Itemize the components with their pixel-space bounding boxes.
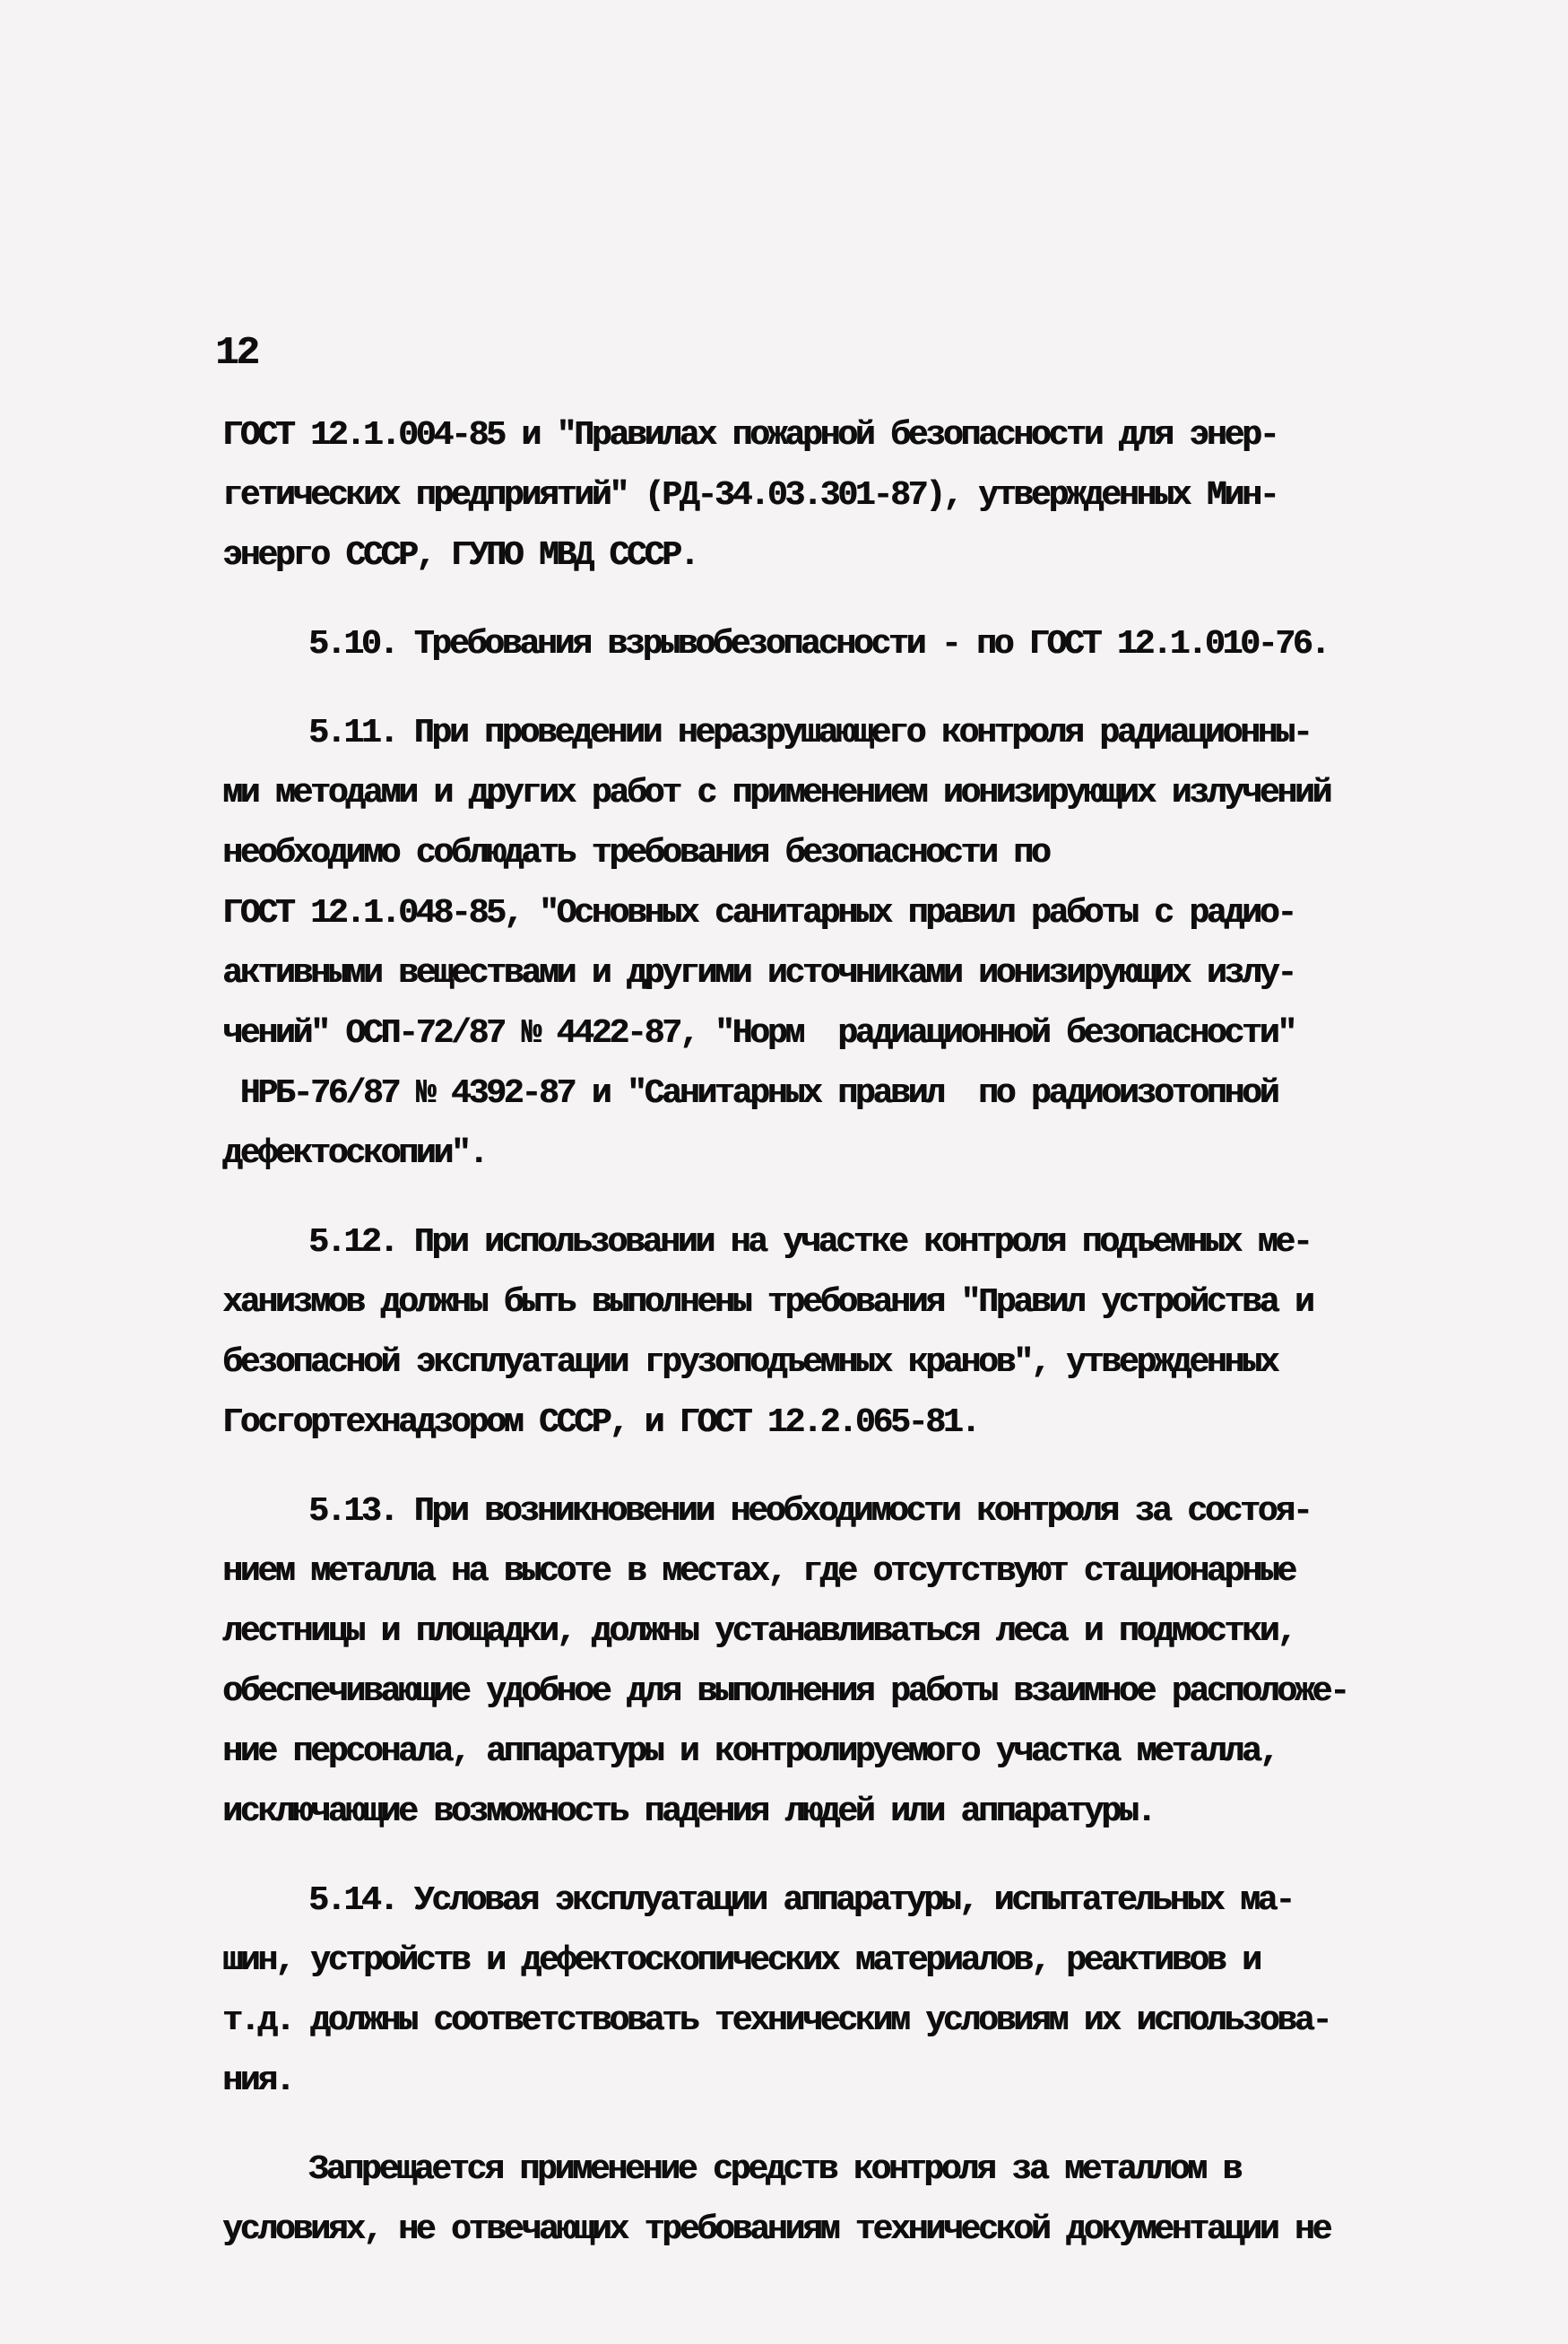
- scanned-document-page: 12 ГОСТ 12.1.004-85 и "Правилах пожарной…: [0, 0, 1568, 2344]
- text-line: 5.11. При проведении неразрушающего конт…: [222, 703, 1397, 763]
- text-line: ми методами и других работ с применением…: [222, 763, 1397, 823]
- text-line: шин, устройств и дефектоскопических мате…: [222, 1931, 1397, 1991]
- text-line: 5.10. Требования взрывобезопасности - по…: [222, 614, 1397, 674]
- text-line: ния.: [222, 2051, 1397, 2111]
- text-line: необходимо соблюдать требования безопасн…: [222, 823, 1397, 883]
- text-line: НРБ-76/87 № 4392-87 и "Санитарных правил…: [222, 1063, 1397, 1124]
- text-line: нием металла на высоте в местах, где отс…: [222, 1541, 1397, 1602]
- text-line: дефектоскопии".: [222, 1124, 1397, 1184]
- paragraph-5-13: 5.13. При возникновении необходимости ко…: [222, 1481, 1397, 1842]
- text-line: энерго СССР, ГУПО МВД СССР.: [222, 525, 1397, 586]
- text-line: Госгортехнадзором СССР, и ГОСТ 12.2.065-…: [222, 1393, 1397, 1453]
- text-line: исключающие возможность падения людей ил…: [222, 1782, 1397, 1842]
- text-line: условиях, не отвечающих требованиям техн…: [222, 2200, 1397, 2260]
- text-line: 5.12. При использовании на участке контр…: [222, 1212, 1397, 1272]
- text-line: активными веществами и другими источника…: [222, 943, 1397, 1003]
- document-body: ГОСТ 12.1.004-85 и "Правилах пожарной бе…: [222, 405, 1397, 2260]
- text-line: безопасной эксплуатации грузоподъемных к…: [222, 1333, 1397, 1393]
- text-line: ние персонала, аппаратуры и контролируем…: [222, 1722, 1397, 1782]
- text-line: ГОСТ 12.1.048-85, "Основных санитарных п…: [222, 883, 1397, 943]
- text-line: 5.14. Условая эксплуатации аппаратуры, и…: [222, 1871, 1397, 1931]
- text-line: гетических предприятий" (РД-34.03.301-87…: [222, 465, 1397, 525]
- text-line: ханизмов должны быть выполнены требовани…: [222, 1272, 1397, 1333]
- text-line: 5.13. При возникновении необходимости ко…: [222, 1481, 1397, 1541]
- paragraph-5-10: 5.10. Требования взрывобезопасности - по…: [222, 614, 1397, 674]
- text-line: ГОСТ 12.1.004-85 и "Правилах пожарной бе…: [222, 405, 1397, 465]
- text-line: обеспечивающие удобное для выполнения ра…: [222, 1662, 1397, 1722]
- paragraph-5-14: 5.14. Условая эксплуатации аппаратуры, и…: [222, 1871, 1397, 2111]
- text-line: лестницы и площадки, должны устанавливат…: [222, 1602, 1397, 1662]
- text-line: чений" ОСП-72/87 № 4422-87, "Норм радиац…: [222, 1003, 1397, 1063]
- paragraph-gost-fire-safety-continuation: ГОСТ 12.1.004-85 и "Правилах пожарной бе…: [222, 405, 1397, 586]
- text-line: Запрещается применение средств контроля …: [222, 2140, 1397, 2200]
- paragraph-5-12: 5.12. При использовании на участке контр…: [222, 1212, 1397, 1453]
- text-line: т.д. должны соответствовать техническим …: [222, 1991, 1397, 2051]
- paragraph-5-11: 5.11. При проведении неразрушающего конт…: [222, 703, 1397, 1184]
- paragraph-prohibition: Запрещается применение средств контроля …: [222, 2140, 1397, 2260]
- page-number: 12: [215, 334, 257, 373]
